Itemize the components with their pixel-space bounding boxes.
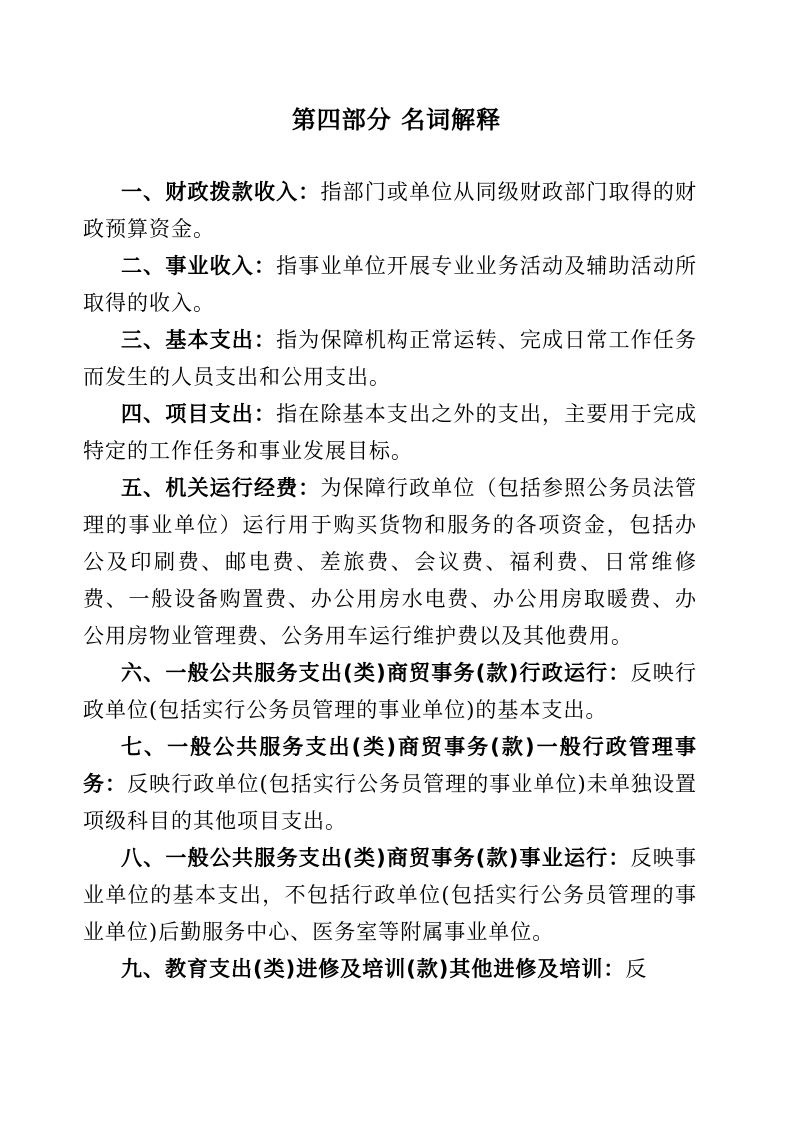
glossary-item: 九、教育支出(类)进修及培训(款)其他进修及培训：反 bbox=[83, 951, 697, 988]
glossary-item: 四、项目支出：指在除基本支出之外的支出，主要用于完成特定的工作任务和事业发展目标… bbox=[83, 396, 697, 470]
term-label: 一、财政拨款收入： bbox=[121, 180, 320, 204]
term-label: 六、一般公共服务支出(类)商贸事务(款)行政运行： bbox=[121, 661, 631, 685]
glossary-list: 一、财政拨款收入：指部门或单位从同级财政部门取得的财政预算资金。二、事业收入：指… bbox=[83, 174, 697, 988]
term-label: 八、一般公共服务支出(类)商贸事务(款)事业运行： bbox=[121, 846, 631, 870]
term-definition: 反映行政单位(包括实行公务员管理的事业单位)未单独设置项级科目的其他项目支出。 bbox=[83, 772, 697, 833]
glossary-item: 五、机关运行经费：为保障行政单位（包括参照公务员法管理的事业单位）运行用于购买货… bbox=[83, 470, 697, 655]
term-label: 二、事业收入： bbox=[121, 254, 276, 278]
term-label: 九、教育支出(类)进修及培训(款)其他进修及培训： bbox=[121, 957, 625, 981]
term-label: 三、基本支出： bbox=[121, 328, 276, 352]
document-page: 第四部分 名词解释 一、财政拨款收入：指部门或单位从同级财政部门取得的财政预算资… bbox=[0, 0, 793, 1122]
glossary-item: 一、财政拨款收入：指部门或单位从同级财政部门取得的财政预算资金。 bbox=[83, 174, 697, 248]
page-title: 第四部分 名词解释 bbox=[0, 102, 793, 138]
glossary-item: 二、事业收入：指事业单位开展专业业务活动及辅助活动所取得的收入。 bbox=[83, 248, 697, 322]
term-definition: 反 bbox=[625, 957, 647, 981]
glossary-item: 六、一般公共服务支出(类)商贸事务(款)行政运行：反映行政单位(包括实行公务员管… bbox=[83, 655, 697, 729]
glossary-item: 七、一般公共服务支出(类)商贸事务(款)一般行政管理事务：反映行政单位(包括实行… bbox=[83, 729, 697, 840]
term-definition: 为保障行政单位（包括参照公务员法管理的事业单位）运行用于购买货物和服务的各项资金… bbox=[83, 476, 697, 648]
term-label: 五、机关运行经费： bbox=[121, 476, 320, 500]
term-label: 四、项目支出： bbox=[121, 402, 276, 426]
glossary-item: 三、基本支出：指为保障机构正常运转、完成日常工作任务而发生的人员支出和公用支出。 bbox=[83, 322, 697, 396]
glossary-item: 八、一般公共服务支出(类)商贸事务(款)事业运行：反映事业单位的基本支出，不包括… bbox=[83, 840, 697, 951]
